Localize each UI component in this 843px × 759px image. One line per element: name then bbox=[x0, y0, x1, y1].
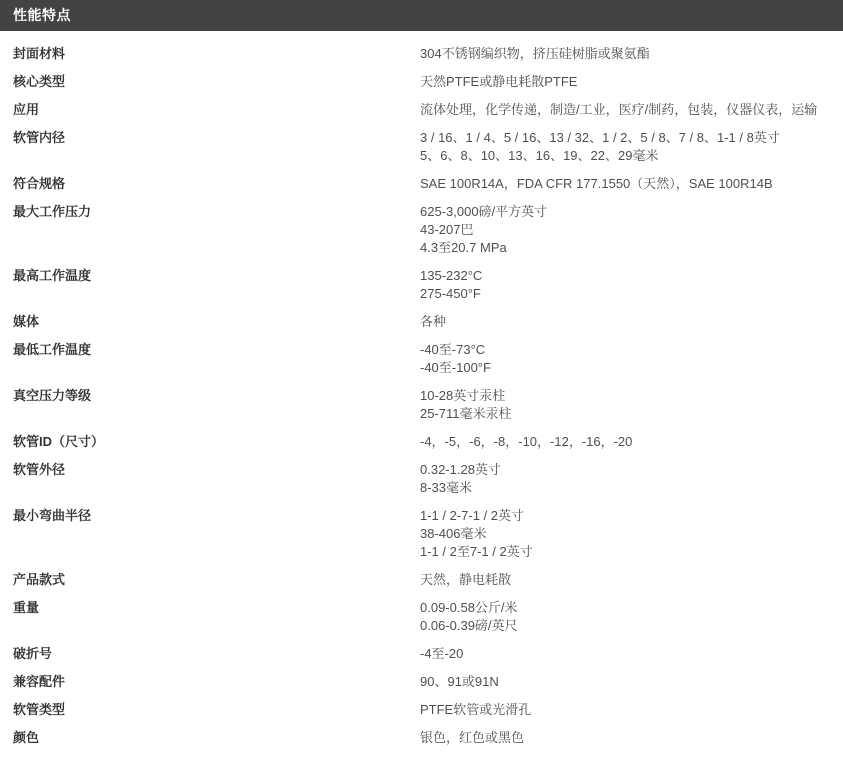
spec-value-line: -40至-73°C bbox=[420, 341, 833, 359]
spec-row: 核心类型天然PTFE或静电耗散PTFE bbox=[0, 68, 843, 96]
spec-label: 软管类型 bbox=[0, 701, 420, 719]
spec-value-line: 90、91或91N bbox=[420, 673, 833, 691]
spec-value: 10-28英寸汞柱25-711毫米汞柱 bbox=[420, 387, 843, 423]
spec-table: 封面材料304不锈钢编织物，挤压硅树脂或聚氨酯核心类型天然PTFE或静电耗散PT… bbox=[0, 31, 843, 752]
spec-label: 核心类型 bbox=[0, 73, 420, 91]
spec-value: 银色，红色或黑色 bbox=[420, 729, 843, 747]
spec-value: 天然PTFE或静电耗散PTFE bbox=[420, 73, 843, 91]
section-header: 性能特点 bbox=[0, 0, 843, 31]
spec-label: 产品款式 bbox=[0, 571, 420, 589]
spec-value-line: 135-232°C bbox=[420, 267, 833, 285]
spec-row: 颜色银色，红色或黑色 bbox=[0, 724, 843, 752]
spec-value: 625-3,000磅/平方英寸43-207巴4.3至20.7 MPa bbox=[420, 203, 843, 257]
spec-value: 各种 bbox=[420, 313, 843, 331]
spec-label: 封面材料 bbox=[0, 45, 420, 63]
spec-label: 最大工作压力 bbox=[0, 203, 420, 221]
spec-sheet: 性能特点 封面材料304不锈钢编织物，挤压硅树脂或聚氨酯核心类型天然PTFE或静… bbox=[0, 0, 843, 759]
spec-value-line: 625-3,000磅/平方英寸 bbox=[420, 203, 833, 221]
spec-value: SAE 100R14A，FDA CFR 177.1550（天然），SAE 100… bbox=[420, 175, 843, 193]
spec-row: 媒体各种 bbox=[0, 308, 843, 336]
spec-row: 软管内径3 / 16、1 / 4、5 / 16、13 / 32、1 / 2、5 … bbox=[0, 124, 843, 170]
spec-label: 符合规格 bbox=[0, 175, 420, 193]
spec-value: 天然，静电耗散 bbox=[420, 571, 843, 589]
spec-label: 最低工作温度 bbox=[0, 341, 420, 359]
spec-label: 媒体 bbox=[0, 313, 420, 331]
spec-value-line: -4，-5，-6，-8，-10，-12，-16，-20 bbox=[420, 433, 833, 451]
spec-value: -4至-20 bbox=[420, 645, 843, 663]
spec-row: 真空压力等级10-28英寸汞柱25-711毫米汞柱 bbox=[0, 382, 843, 428]
spec-value-line: 25-711毫米汞柱 bbox=[420, 405, 833, 423]
spec-value-line: 3 / 16、1 / 4、5 / 16、13 / 32、1 / 2、5 / 8、… bbox=[420, 129, 833, 147]
spec-row: 最高工作温度135-232°C275-450°F bbox=[0, 262, 843, 308]
spec-row: 软管类型PTFE软管或光滑孔 bbox=[0, 696, 843, 724]
spec-label: 应用 bbox=[0, 101, 420, 119]
spec-label: 最小弯曲半径 bbox=[0, 507, 420, 525]
spec-value-line: 天然，静电耗散 bbox=[420, 571, 833, 589]
spec-value: 流体处理，化学传递，制造/工业，医疗/制药，包装，仪器仪表，运输 bbox=[420, 101, 843, 119]
spec-label: 破折号 bbox=[0, 645, 420, 663]
section-title: 性能特点 bbox=[13, 7, 71, 23]
spec-value: 0.32-1.28英寸8-33毫米 bbox=[420, 461, 843, 497]
spec-label: 重量 bbox=[0, 599, 420, 617]
spec-value: PTFE软管或光滑孔 bbox=[420, 701, 843, 719]
spec-value: 90、91或91N bbox=[420, 673, 843, 691]
spec-value-line: 10-28英寸汞柱 bbox=[420, 387, 833, 405]
spec-row: 最大工作压力625-3,000磅/平方英寸43-207巴4.3至20.7 MPa bbox=[0, 198, 843, 262]
spec-row: 最小弯曲半径1-1 / 2-7-1 / 2英寸38-406毫米1-1 / 2至7… bbox=[0, 502, 843, 566]
spec-value-line: 1-1 / 2至7-1 / 2英寸 bbox=[420, 543, 833, 561]
spec-label: 真空压力等级 bbox=[0, 387, 420, 405]
spec-value-line: 1-1 / 2-7-1 / 2英寸 bbox=[420, 507, 833, 525]
spec-value: 304不锈钢编织物，挤压硅树脂或聚氨酯 bbox=[420, 45, 843, 63]
spec-value-line: 38-406毫米 bbox=[420, 525, 833, 543]
spec-value-line: 304不锈钢编织物，挤压硅树脂或聚氨酯 bbox=[420, 45, 833, 63]
spec-value-line: 4.3至20.7 MPa bbox=[420, 239, 833, 257]
spec-value-line: 各种 bbox=[420, 313, 833, 331]
spec-label: 软管外径 bbox=[0, 461, 420, 479]
spec-value-line: -40至-100°F bbox=[420, 359, 833, 377]
spec-value: 135-232°C275-450°F bbox=[420, 267, 843, 303]
spec-value-line: 0.09-0.58公斤/米 bbox=[420, 599, 833, 617]
spec-value-line: -4至-20 bbox=[420, 645, 833, 663]
spec-value-line: 0.32-1.28英寸 bbox=[420, 461, 833, 479]
spec-row: 破折号-4至-20 bbox=[0, 640, 843, 668]
spec-value-line: 0.06-0.39磅/英尺 bbox=[420, 617, 833, 635]
spec-value-line: 银色，红色或黑色 bbox=[420, 729, 833, 747]
spec-value: 1-1 / 2-7-1 / 2英寸38-406毫米1-1 / 2至7-1 / 2… bbox=[420, 507, 843, 561]
spec-row: 最低工作温度-40至-73°C-40至-100°F bbox=[0, 336, 843, 382]
spec-row: 软管ID（尺寸）-4，-5，-6，-8，-10，-12，-16，-20 bbox=[0, 428, 843, 456]
spec-label: 软管内径 bbox=[0, 129, 420, 147]
spec-value: 3 / 16、1 / 4、5 / 16、13 / 32、1 / 2、5 / 8、… bbox=[420, 129, 843, 165]
spec-value: -4，-5，-6，-8，-10，-12，-16，-20 bbox=[420, 433, 843, 451]
spec-value-line: 天然PTFE或静电耗散PTFE bbox=[420, 73, 833, 91]
spec-label: 颜色 bbox=[0, 729, 420, 747]
spec-row: 封面材料304不锈钢编织物，挤压硅树脂或聚氨酯 bbox=[0, 40, 843, 68]
spec-label: 最高工作温度 bbox=[0, 267, 420, 285]
spec-value-line: 43-207巴 bbox=[420, 221, 833, 239]
spec-row: 重量0.09-0.58公斤/米0.06-0.39磅/英尺 bbox=[0, 594, 843, 640]
spec-value: -40至-73°C-40至-100°F bbox=[420, 341, 843, 377]
spec-label: 兼容配件 bbox=[0, 673, 420, 691]
spec-value-line: PTFE软管或光滑孔 bbox=[420, 701, 833, 719]
spec-value-line: 5、6、8、10、13、16、19、22、29毫米 bbox=[420, 147, 833, 165]
spec-value: 0.09-0.58公斤/米0.06-0.39磅/英尺 bbox=[420, 599, 843, 635]
spec-label: 软管ID（尺寸） bbox=[0, 433, 420, 451]
spec-row: 软管外径0.32-1.28英寸8-33毫米 bbox=[0, 456, 843, 502]
spec-row: 应用流体处理，化学传递，制造/工业，医疗/制药，包装，仪器仪表，运输 bbox=[0, 96, 843, 124]
spec-value-line: SAE 100R14A，FDA CFR 177.1550（天然），SAE 100… bbox=[420, 175, 833, 193]
spec-row: 产品款式天然，静电耗散 bbox=[0, 566, 843, 594]
spec-value-line: 275-450°F bbox=[420, 285, 833, 303]
spec-value-line: 8-33毫米 bbox=[420, 479, 833, 497]
spec-row: 兼容配件90、91或91N bbox=[0, 668, 843, 696]
spec-row: 符合规格SAE 100R14A，FDA CFR 177.1550（天然），SAE… bbox=[0, 170, 843, 198]
spec-value-line: 流体处理，化学传递，制造/工业，医疗/制药，包装，仪器仪表，运输 bbox=[420, 101, 833, 119]
